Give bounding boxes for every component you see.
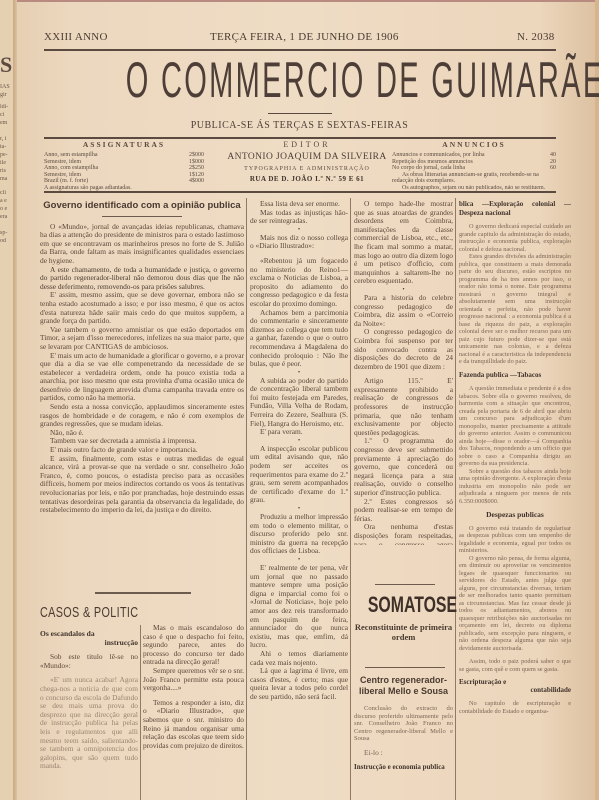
- congress-column: O tempo hade-lhe mostrar que as suas ato…: [354, 200, 453, 545]
- section-ornament: [365, 667, 445, 668]
- infobox-bottom-rule: [44, 191, 556, 193]
- note-paragraph: «Rebentou já um fogacedo no ministerio d…: [250, 257, 348, 309]
- subscriptions-box: ASSIGNATURAS Anno, sem estampilha2$000 S…: [44, 140, 204, 188]
- note-paragraph: Artigo 115.º E' expressamente prohibido …: [354, 377, 453, 437]
- advert-note: As obras litterarias annunciam-se gratis…: [392, 172, 556, 185]
- strip-snippet: ile: [0, 160, 13, 167]
- advert-brand: SOMATOSE: [368, 592, 439, 618]
- infobox-top-rule: [44, 137, 556, 139]
- article-paragraph: O «Mundo», jornal de avançadas ideias re…: [40, 223, 244, 266]
- strip-snippet: pe-: [0, 152, 13, 159]
- article-paragraph: Assim, todo o paiz poderá saber o que se…: [459, 658, 571, 673]
- note-paragraph: E' para veram.: [250, 428, 348, 437]
- subhead-line-2: instrucção: [40, 639, 138, 648]
- newspaper-title: O COMMERCIO DE GUIMARÃES: [126, 52, 473, 108]
- editor-box: EDITOR ANTONIO JOAQUIM DA SILVEIRA TYPOG…: [222, 140, 392, 188]
- notes-column: Essa lista deva ser enorme. Mas todas as…: [250, 200, 348, 800]
- strip-snippet: r, i: [0, 136, 13, 143]
- adverts-box: ANNUNCIOS Annuncios e communicados, por …: [392, 140, 556, 188]
- publication-schedule: PUBLICA-SE ÁS TERÇAS E SEXTAS-FEIRAS: [0, 120, 599, 131]
- newspaper-page: S IAS gir ldi- ci em r, i ta- pe- ile ri…: [0, 0, 599, 800]
- strip-snippet: cli: [0, 190, 13, 197]
- note-paragraph: Ora nenhuma d'estas disposições foram re…: [354, 523, 453, 545]
- centro-article: Centro regenerador-liberal Mello e Sousa…: [354, 675, 453, 800]
- title-underline: [268, 113, 332, 114]
- note-paragraph: Mais nos diz o nosso collega o «Diario I…: [250, 234, 348, 251]
- volume-label: XXIII ANNO: [44, 31, 108, 43]
- article-paragraph: Temos a responder a isto, diz o «Diario …: [143, 699, 244, 751]
- note-paragraph: Mas todas as injustiças hão-de ser reint…: [250, 209, 348, 226]
- page-top-edge: [0, 0, 599, 2]
- somatose-advert: SOMATOSE Reconstituinte de primeira orde…: [354, 592, 453, 642]
- article-paragraph: O governo dedicará especial cuidado ao g…: [459, 223, 571, 253]
- note-paragraph: Ahi o temos diariamente cada vez mais no…: [250, 650, 348, 667]
- note-paragraph: O congresso pedagogico de Coimbra foi su…: [354, 328, 453, 371]
- article-paragraph: E' assim, mesmo assim, que se deve gover…: [40, 291, 244, 325]
- article-paragraph: Estes grandes divisões da administração …: [459, 253, 571, 366]
- masthead: O COMMERCIO DE GUIMARÃES: [0, 52, 599, 110]
- editor-name: ANTONIO JOAQUIM DA SILVEIRA: [222, 152, 392, 162]
- note-paragraph: Produziu a melhor impressão em todo o el…: [250, 513, 348, 556]
- strip-snippet: era: [0, 214, 13, 221]
- subhead: Instrucção e economia publica: [354, 763, 453, 772]
- editor-label: EDITOR: [222, 140, 392, 149]
- column-divider: [246, 198, 247, 600]
- article-title: Governo identificado com a opinião publi…: [40, 202, 244, 211]
- column-divider: [140, 625, 141, 800]
- article-paragraph: E' mais um acto de humanidade a glorific…: [40, 352, 244, 404]
- note-paragraph: E' realmente de ter pena, vêr um jornal …: [250, 564, 348, 650]
- subhead: Fazenda publica —Tabacos: [459, 372, 571, 380]
- strip-snippet: ci: [0, 112, 13, 119]
- article-paragraph: Ei-lo :: [354, 749, 453, 758]
- article-paragraph: Sempre queremos vêr se o snr. João Franc…: [143, 667, 244, 693]
- adverts-title: ANNUNCIOS: [392, 140, 556, 149]
- subscriptions-title: ASSIGNATURAS: [44, 140, 204, 149]
- section-ornament: [95, 592, 191, 594]
- masthead-top-rule: [44, 49, 556, 51]
- strip-snippet: a e: [0, 198, 13, 205]
- article-paragraph: «E' um nunca acabar! Agora chega-nos a n…: [40, 676, 138, 771]
- lead-article: Governo identificado com a opinião publi…: [40, 200, 244, 525]
- note-paragraph: Achamos bem a parcimonia do commentario …: [250, 309, 348, 369]
- programme-column: blica —Exploração colonial —Despeza naci…: [459, 200, 571, 800]
- article-paragraph: E assim, finalmente, com estas e outras …: [40, 455, 244, 515]
- note-paragraph: 2.º Estes congressos só podem realisar-s…: [354, 498, 453, 524]
- column-divider: [246, 600, 247, 800]
- column-divider: [455, 198, 456, 800]
- issue-number: N. 2038: [517, 31, 555, 43]
- strip-snippet: sp-: [0, 230, 13, 237]
- note-paragraph: O tempo hade-lhe mostrar que as suas ato…: [354, 200, 453, 286]
- centro-title: Centro regenerador-liberal Mello e Sousa: [354, 675, 453, 697]
- date-label: TERÇA FEIRA, 1 DE JUNHO DE 1906: [210, 31, 399, 43]
- article-paragraph: O governo não pensa, de forma alguma, em…: [459, 555, 571, 653]
- title-rule: [102, 216, 182, 217]
- strip-snippet: ma: [0, 176, 13, 183]
- typography-label: TYPOGRAPHIA E ADMINISTRAÇÃO: [222, 166, 392, 172]
- subhead: blica —Exploração colonial —Despeza naci…: [459, 200, 571, 217]
- article-paragraph: Sobre a questão dos tabacos ainda hoje u…: [459, 468, 571, 506]
- note-paragraph: 1.º O programma do congresso deve ser su…: [354, 437, 453, 497]
- article-paragraph: Conclusão do extracto do discurso profer…: [354, 705, 453, 743]
- article-paragraph: O governo está tratando de regularisar a…: [459, 525, 571, 555]
- note-paragraph: A inspecção escolar publicou um edital a…: [250, 445, 348, 505]
- article-paragraph: Vae tambem o governo amnistiar os que es…: [40, 326, 244, 352]
- column-divider: [350, 198, 351, 800]
- subhead: Despezas publicas: [459, 511, 571, 519]
- article-paragraph: A questão immediata e pendente é a dos t…: [459, 385, 571, 468]
- subhead: contabilidade: [459, 687, 571, 695]
- strip-snippet: od: [0, 238, 13, 245]
- article-paragraph: No capitulo de escripturação e contabili…: [459, 700, 571, 715]
- article-paragraph: Sob este titulo lê-se no «Mundo»:: [40, 653, 138, 670]
- note-paragraph: Para a historia do celebre congresso ped…: [354, 294, 453, 328]
- article-paragraph: Sendo esta a nossa convicção, applaudimo…: [40, 403, 244, 429]
- advert-ornament: [375, 584, 435, 585]
- strip-snippet: o e: [0, 206, 13, 213]
- article-paragraph: Mas o mais escandaloso do caso é que o d…: [143, 624, 244, 667]
- article-paragraph: A este chamamento, de toda a humanidade …: [40, 266, 244, 292]
- office-address: RUA DE D. JOÃO I.º N.º 59 E 61: [222, 175, 392, 183]
- strip-snippet: ta-: [0, 144, 13, 151]
- note-paragraph: A subida ao poder do partido de concentr…: [250, 377, 348, 429]
- advert-tagline: Reconstituinte de primeira ordem: [354, 622, 453, 642]
- casos-politica-col-b: Mas o mais escandaloso do caso é que o d…: [143, 602, 244, 800]
- note-paragraph: Lá que a lagrima é livre, em casos d'est…: [250, 667, 348, 701]
- section-title: CASOS & POLITICA: [40, 602, 111, 624]
- strip-snippet: ris: [0, 168, 13, 175]
- casos-politica-col-a: CASOS & POLITICA Os escandalos da instru…: [40, 602, 138, 800]
